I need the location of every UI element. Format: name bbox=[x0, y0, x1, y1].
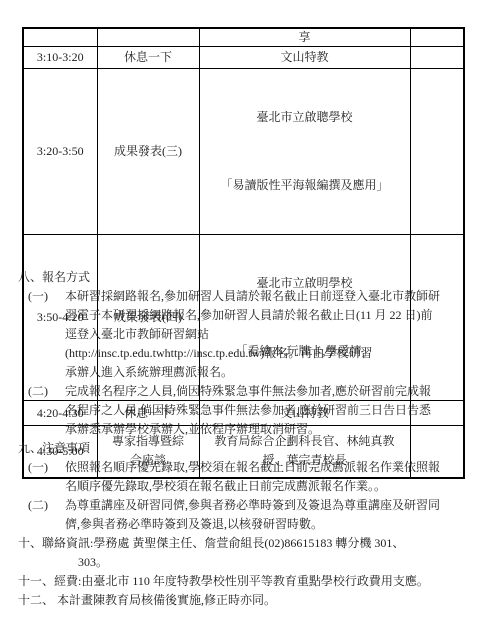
item-text: 依照報名順序優先錄取,學校須在報名截止日前完成薦派報名作業依照報 名順序優先錄取… bbox=[65, 458, 484, 496]
table-row: 3:10-3:20 休息一下 文山特教 bbox=[23, 47, 464, 69]
time-cell: 3:20-3:50 bbox=[23, 69, 97, 235]
empty-cell bbox=[410, 47, 464, 69]
item-label: (一) bbox=[28, 287, 65, 382]
content-line1: 臺北市立啟聰學校 bbox=[204, 108, 406, 127]
section-8-item-2: (二) 完成報名程序之人員,倘因特殊緊急事件無法參加者,應於研習前完成報 名程序… bbox=[28, 382, 484, 439]
section-8-heading: 八、報名方式 bbox=[18, 268, 484, 287]
content-cell: 文山特教 bbox=[199, 47, 410, 69]
table-row: 3:20-3:50 成果發表(三) 臺北市立啟聰學校 「易讀版性平海報編撰及應用… bbox=[23, 69, 464, 235]
item-label: (二) bbox=[28, 496, 65, 534]
empty-cell bbox=[410, 69, 464, 235]
activity-cell bbox=[97, 28, 199, 47]
section-9-item-1: (一) 依照報名順序優先錄取,學校須在報名截止日前完成薦派報名作業依照報 名順序… bbox=[28, 458, 484, 496]
time-cell bbox=[23, 28, 97, 47]
content-cell: 臺北市立啟聰學校 「易讀版性平海報編撰及應用」 bbox=[199, 69, 410, 235]
item-text: 為尊重講座及研習同儕,參與者務必準時簽到及簽退為尊重講座及研習同 儕,參與者務必… bbox=[65, 496, 484, 534]
activity-cell: 成果發表(三) bbox=[97, 69, 199, 235]
section-9-heading: 九、注意事項 bbox=[18, 439, 484, 458]
item-label: (一) bbox=[28, 458, 65, 496]
section-11-budget: 十一、經費:由臺北市 110 年度特教學校性別平等教育重點學校行政費用支應。 bbox=[18, 572, 484, 591]
section-10-contact: 十、聯絡資訊:學務處 黃聖傑主任、詹萱俞組長(02)86615183 轉分機 3… bbox=[18, 534, 484, 572]
section-8-item-1: (一) 本研習採網路報名,參加研習人員請於報名截止日前逕登入臺北市教師研 習電子… bbox=[28, 287, 484, 382]
content-line2: 「易讀版性平海報編撰及應用」 bbox=[204, 176, 406, 195]
document-body: 八、報名方式 (一) 本研習採網路報名,參加研習人員請於報名截止日前逕登入臺北市… bbox=[0, 268, 484, 610]
table-row: 享 bbox=[23, 28, 464, 47]
item-text: 完成報名程序之人員,倘因特殊緊急事件無法參加者,應於研習前完成報 名程序之人員,… bbox=[65, 382, 484, 439]
time-cell: 3:10-3:20 bbox=[23, 47, 97, 69]
content-cell: 享 bbox=[199, 28, 410, 47]
item-label: (二) bbox=[28, 382, 65, 439]
activity-cell: 休息一下 bbox=[97, 47, 199, 69]
section-12-note: 十二、 本計畫陳教育局核備後實施,修正時亦同。 bbox=[18, 591, 484, 610]
item-text: 本研習採網路報名,參加研習人員請於報名截止日前逕登入臺北市教師研 習電子本研習採… bbox=[65, 287, 484, 382]
empty-cell bbox=[410, 28, 464, 47]
document-page: 享 3:10-3:20 休息一下 文山特教 3:20-3:50 成果發表(三) … bbox=[0, 0, 484, 634]
section-9-item-2: (二) 為尊重講座及研習同儕,參與者務必準時簽到及簽退為尊重講座及研習同 儕,參… bbox=[28, 496, 484, 534]
